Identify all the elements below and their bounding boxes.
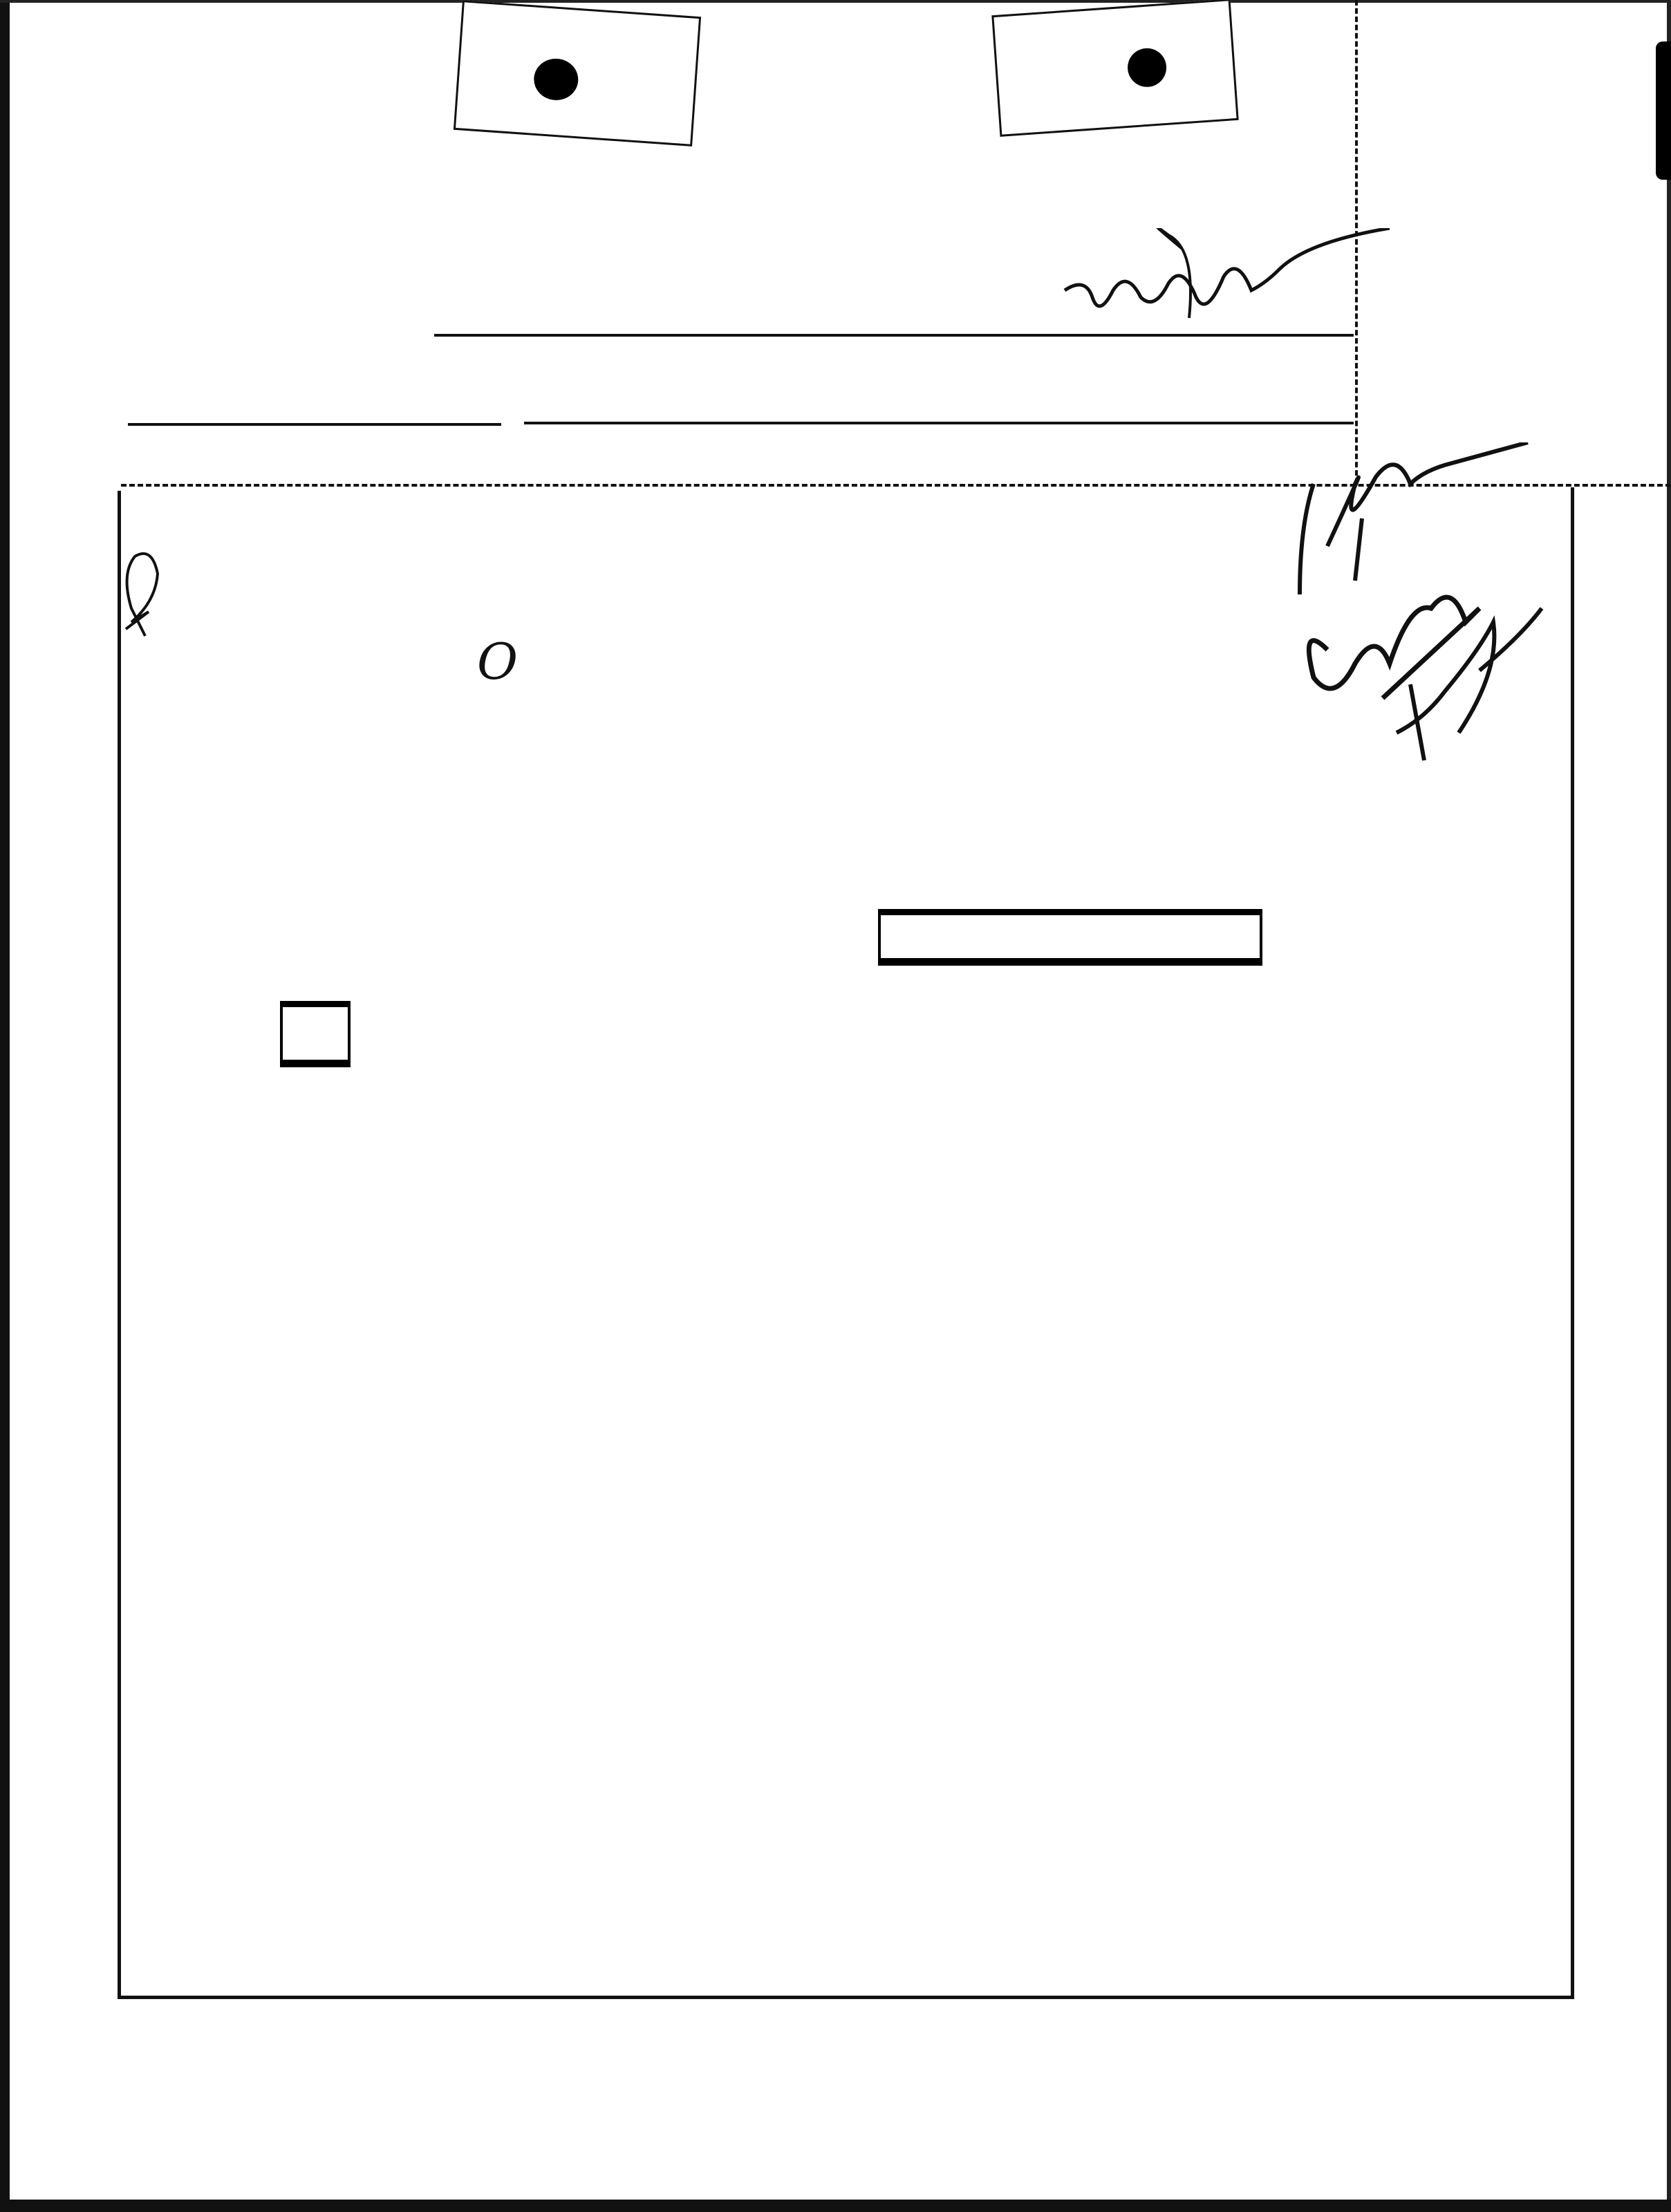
page-edge-left [0,0,10,2212]
hole-punch-box-left [454,0,701,147]
handwritten-circle-mark: O [477,632,518,691]
hole-punch-box-right [991,0,1238,137]
page-edge-top [0,0,1671,3]
handwritten-initial [118,546,173,643]
body-frame-left [118,491,121,1999]
redaction-box [878,909,1262,966]
via-rule-right [524,422,1354,424]
transmit-rule [434,334,1354,337]
cut-line-vertical [1355,0,1358,484]
body-frame-bottom [118,1996,1574,1999]
punch-hole [532,57,579,102]
page-edge-bottom [0,2200,1671,2212]
to-line [214,516,293,586]
ink-blot [1656,41,1671,180]
handwritten-signatures [1272,442,1590,829]
page-edge-right [1667,0,1671,2212]
punch-hole [1126,47,1168,88]
redaction-box [280,1001,351,1067]
signature-scribble [1037,228,1424,366]
via-rule-left [128,423,501,426]
from-line [214,586,293,657]
